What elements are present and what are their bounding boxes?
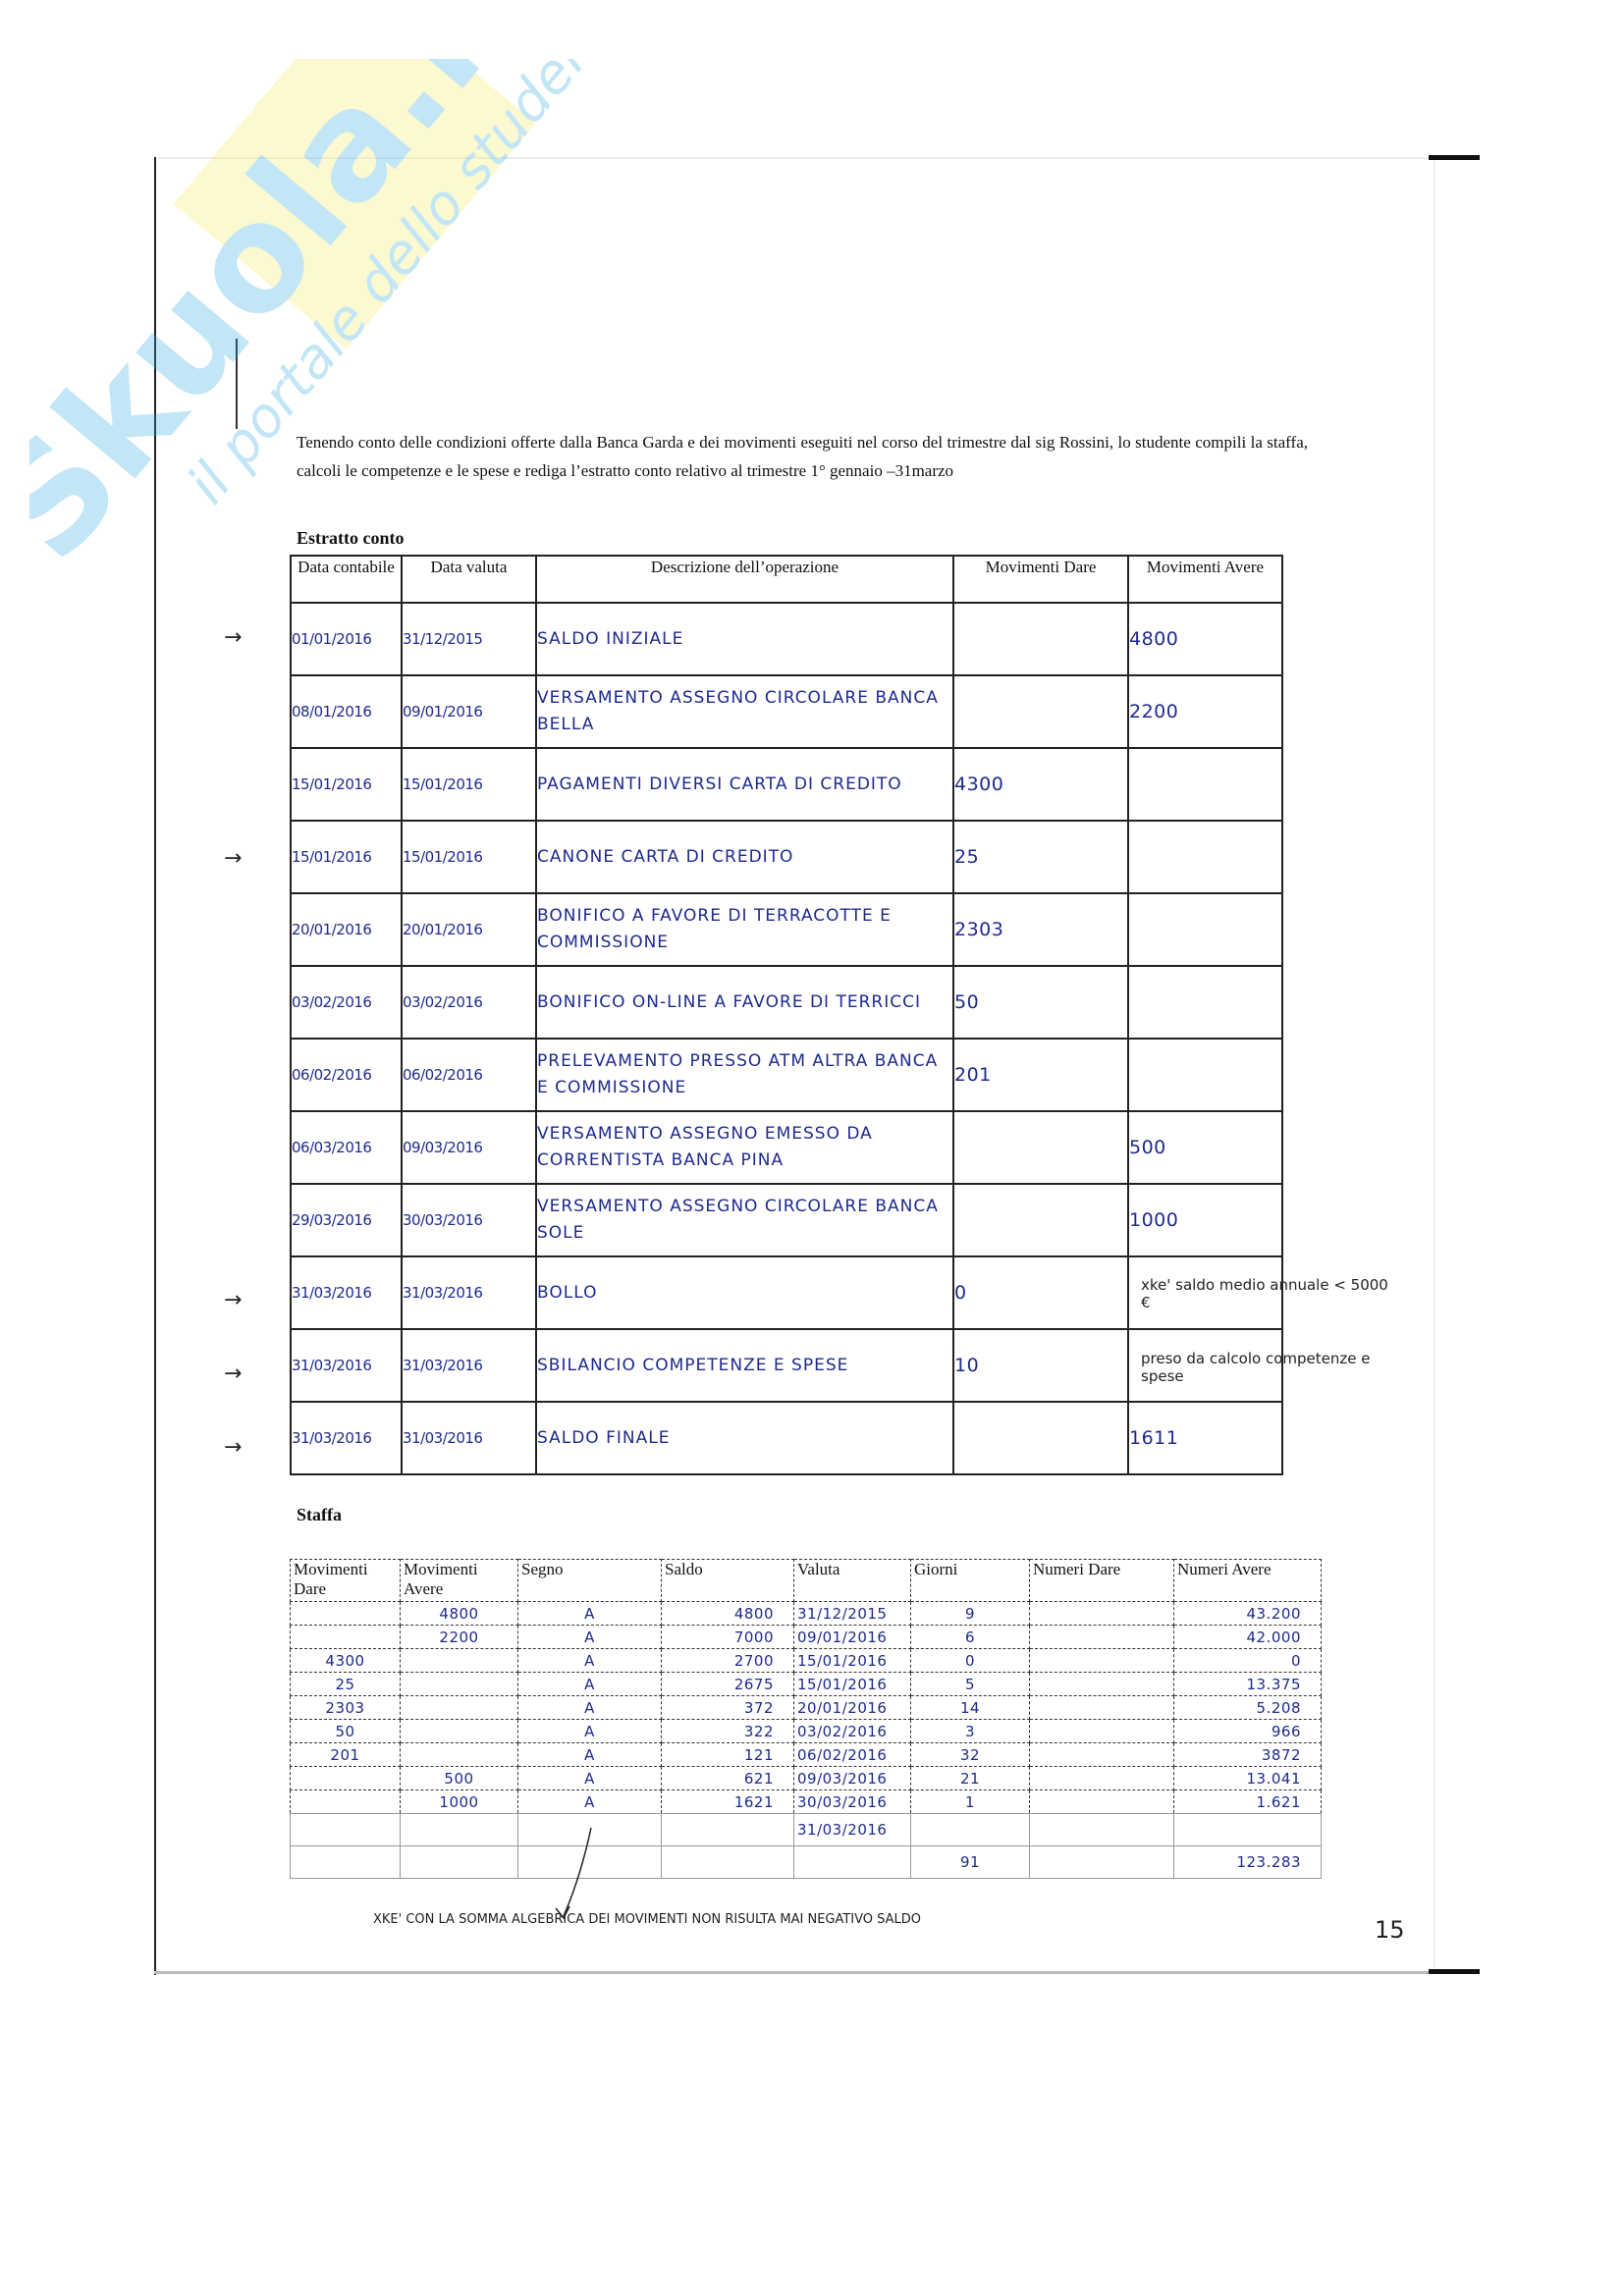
header-movimenti-dare: Movimenti Dare	[953, 556, 1128, 603]
saldo-cell: 2675	[662, 1673, 794, 1696]
header-numeri-avere: Numeri Avere	[1174, 1560, 1322, 1602]
numeri-avere-cell: 123.283	[1174, 1846, 1322, 1879]
table-row: 50A32203/02/20163966	[291, 1720, 1322, 1743]
avere-cell: 2200	[1128, 675, 1282, 748]
movimenti-avere-cell	[401, 1720, 518, 1743]
data-contabile-cell: 03/02/2016	[291, 966, 402, 1039]
saldo-cell: 621	[662, 1767, 794, 1790]
numeri-dare-cell	[1030, 1767, 1174, 1790]
data-contabile-cell: 31/03/2016	[291, 1256, 402, 1329]
segno-cell: A	[518, 1673, 662, 1696]
arrow-right-icon: →	[224, 846, 242, 871]
numeri-avere-cell: 3872	[1174, 1743, 1322, 1767]
estratto-conto-title: Estratto conto	[297, 528, 404, 549]
giorni-cell: 5	[911, 1673, 1030, 1696]
numeri-dare-cell	[1030, 1720, 1174, 1743]
numeri-dare-cell	[1030, 1743, 1174, 1767]
valuta-cell: 31/12/2015	[794, 1602, 911, 1626]
segno-cell: A	[518, 1626, 662, 1649]
data-valuta-cell: 15/01/2016	[402, 748, 536, 821]
numeri-avere-cell: 43.200	[1174, 1602, 1322, 1626]
saldo-cell: 7000	[662, 1626, 794, 1649]
segno-cell: A	[518, 1743, 662, 1767]
descrizione-cell: versamento assegno circolare Banca Sole	[536, 1184, 953, 1256]
dare-cell: 4300	[953, 748, 1128, 821]
table-row: 201A12106/02/2016323872	[291, 1743, 1322, 1767]
giorni-cell: 32	[911, 1743, 1030, 1767]
header-movimenti-dare: Movimenti Dare	[291, 1560, 401, 1602]
movimenti-avere-cell	[401, 1743, 518, 1767]
data-contabile-cell: 15/01/2016	[291, 821, 402, 893]
giorni-cell: 6	[911, 1626, 1030, 1649]
numeri-avere-cell: 5.208	[1174, 1696, 1322, 1720]
page-corner-mark	[1429, 155, 1480, 160]
table-header-row: Data contabile Data valuta Descrizione d…	[291, 556, 1282, 603]
header-movimenti-avere: Movimenti Avere	[1128, 556, 1282, 603]
movimenti-avere-cell	[401, 1814, 518, 1846]
numeri-dare-cell	[1030, 1790, 1174, 1814]
descrizione-cell: versamento assegno circolare Banca Bella	[536, 675, 953, 748]
header-valuta: Valuta	[794, 1560, 911, 1602]
movimenti-dare-cell	[291, 1790, 401, 1814]
data-valuta-cell: 09/01/2016	[402, 675, 536, 748]
table-row: 29/03/201630/03/2016versamento assegno c…	[291, 1184, 1282, 1256]
movimenti-dare-cell	[291, 1814, 401, 1846]
giorni-cell: 0	[911, 1649, 1030, 1673]
giorni-cell: 91	[911, 1846, 1030, 1879]
header-saldo: Saldo	[662, 1560, 794, 1602]
descrizione-cell: bonifico on-line a favore di Terricci	[536, 966, 953, 1039]
side-note: preso da calcolo competenze e spese	[1141, 1350, 1396, 1385]
table-row: 01/01/201631/12/2015saldo iniziale4800	[291, 603, 1282, 675]
numeri-avere-cell: 0	[1174, 1649, 1322, 1673]
data-valuta-cell: 31/03/2016	[402, 1329, 536, 1402]
movimenti-dare-cell	[291, 1602, 401, 1626]
movimenti-avere-cell: 4800	[401, 1602, 518, 1626]
header-movimenti-avere: Movimenti Avere	[401, 1560, 518, 1602]
table-row: 06/02/201606/02/2016prelevamento presso …	[291, 1039, 1282, 1111]
page-right-edge	[1434, 160, 1435, 1971]
table-row: 500A62109/03/20162113.041	[291, 1767, 1322, 1790]
table-row: 31/03/201631/03/2016saldo finale1611	[291, 1402, 1282, 1474]
data-contabile-cell: 20/01/2016	[291, 893, 402, 966]
table-row: 20/01/201620/01/2016bonifico a favore di…	[291, 893, 1282, 966]
valuta-cell: 31/03/2016	[794, 1814, 911, 1846]
margin-bar	[236, 339, 238, 429]
table-row: 31/03/201631/03/2016Bollo0	[291, 1256, 1282, 1329]
movimenti-avere-cell: 2200	[401, 1626, 518, 1649]
arrow-right-icon: →	[224, 625, 242, 650]
header-numeri-dare: Numeri Dare	[1030, 1560, 1174, 1602]
dare-cell: 2303	[953, 893, 1128, 966]
giorni-cell: 3	[911, 1720, 1030, 1743]
dare-cell	[953, 1402, 1128, 1474]
segno-cell: A	[518, 1649, 662, 1673]
descrizione-cell: prelevamento presso ATM altra banca e co…	[536, 1039, 953, 1111]
dare-cell: 10	[953, 1329, 1128, 1402]
data-contabile-cell: 08/01/2016	[291, 675, 402, 748]
table-row: 03/02/201603/02/2016bonifico on-line a f…	[291, 966, 1282, 1039]
data-valuta-cell: 31/03/2016	[402, 1256, 536, 1329]
movimenti-dare-cell: 25	[291, 1673, 401, 1696]
watermark-brand: Skuola.net	[29, 59, 659, 592]
side-note: xke' saldo medio annuale < 5000 €	[1141, 1276, 1396, 1311]
valuta-cell: 06/02/2016	[794, 1743, 911, 1767]
segno-cell: A	[518, 1602, 662, 1626]
arrow-right-icon: →	[224, 1362, 242, 1386]
giorni-cell: 1	[911, 1790, 1030, 1814]
valuta-cell: 30/03/2016	[794, 1790, 911, 1814]
numeri-avere-cell	[1174, 1814, 1322, 1846]
numeri-dare-cell	[1030, 1649, 1174, 1673]
header-descrizione: Descrizione dell’operazione	[536, 556, 953, 603]
data-contabile-cell: 31/03/2016	[291, 1402, 402, 1474]
header-giorni: Giorni	[911, 1560, 1030, 1602]
saldo-cell	[662, 1846, 794, 1879]
page-corner-mark	[1429, 1969, 1480, 1974]
dare-cell: 201	[953, 1039, 1128, 1111]
movimenti-avere-cell	[401, 1696, 518, 1720]
table-row: 25A267515/01/2016513.375	[291, 1673, 1322, 1696]
table-row: 2200A700009/01/2016642.000	[291, 1626, 1322, 1649]
table-row: 4300A270015/01/201600	[291, 1649, 1322, 1673]
descrizione-cell: saldo iniziale	[536, 603, 953, 675]
data-valuta-cell: 31/12/2015	[402, 603, 536, 675]
avere-cell	[1128, 821, 1282, 893]
avere-cell	[1128, 893, 1282, 966]
movimenti-dare-cell: 2303	[291, 1696, 401, 1720]
numeri-dare-cell	[1030, 1626, 1174, 1649]
header-data-contabile: Data contabile	[291, 556, 402, 603]
instructions-paragraph: Tenendo conto delle condizioni offerte d…	[297, 428, 1308, 485]
data-valuta-cell: 30/03/2016	[402, 1184, 536, 1256]
giorni-cell: 9	[911, 1602, 1030, 1626]
avere-cell	[1128, 966, 1282, 1039]
page-left-border	[154, 157, 156, 1975]
table-header-row: Movimenti Dare Movimenti Avere Segno Sal…	[291, 1560, 1322, 1602]
numeri-avere-cell: 42.000	[1174, 1626, 1322, 1649]
numeri-avere-cell: 13.041	[1174, 1767, 1322, 1790]
avere-cell: 1000	[1128, 1184, 1282, 1256]
data-valuta-cell: 15/01/2016	[402, 821, 536, 893]
descrizione-cell: pagamenti diversi carta di credito	[536, 748, 953, 821]
valuta-cell: 09/03/2016	[794, 1767, 911, 1790]
dare-cell: 50	[953, 966, 1128, 1039]
movimenti-avere-cell	[401, 1673, 518, 1696]
table-row: 15/01/201615/01/2016canone carta di cred…	[291, 821, 1282, 893]
saldo-cell: 1621	[662, 1790, 794, 1814]
skuola-watermark: Skuola.net il portale dello studente	[29, 59, 776, 609]
descrizione-cell: sbilancio competenze e spese	[536, 1329, 953, 1402]
descrizione-cell: bonifico a favore di Terracotte e commis…	[536, 893, 953, 966]
valuta-cell: 09/01/2016	[794, 1626, 911, 1649]
numeri-dare-cell	[1030, 1846, 1174, 1879]
movimenti-dare-cell: 50	[291, 1720, 401, 1743]
movimenti-avere-cell	[401, 1846, 518, 1879]
table-row: 2303A37220/01/2016145.208	[291, 1696, 1322, 1720]
header-segno: Segno	[518, 1560, 662, 1602]
data-contabile-cell: 31/03/2016	[291, 1329, 402, 1402]
valuta-cell	[794, 1846, 911, 1879]
table-row: 91123.283	[291, 1846, 1322, 1879]
valuta-cell: 20/01/2016	[794, 1696, 911, 1720]
page-bottom-edge	[154, 1971, 1431, 1974]
numeri-avere-cell: 966	[1174, 1720, 1322, 1743]
segno-cell: A	[518, 1696, 662, 1720]
saldo-cell: 4800	[662, 1602, 794, 1626]
data-valuta-cell: 06/02/2016	[402, 1039, 536, 1111]
descrizione-cell: Bollo	[536, 1256, 953, 1329]
dare-cell	[953, 1184, 1128, 1256]
table-row: 15/01/201615/01/2016pagamenti diversi ca…	[291, 748, 1282, 821]
table-row: 31/03/201631/03/2016sbilancio competenze…	[291, 1329, 1282, 1402]
saldo-cell	[662, 1814, 794, 1846]
header-data-valuta: Data valuta	[402, 556, 536, 603]
movimenti-dare-cell: 4300	[291, 1649, 401, 1673]
data-contabile-cell: 15/01/2016	[291, 748, 402, 821]
table-row: 4800A480031/12/2015943.200	[291, 1602, 1322, 1626]
staffa-title: Staffa	[297, 1505, 342, 1525]
staffa-annotation: xke' con la somma algebrica dei moviment…	[373, 1912, 921, 1928]
valuta-cell: 15/01/2016	[794, 1673, 911, 1696]
movimenti-avere-cell	[401, 1649, 518, 1673]
dare-cell: 25	[953, 821, 1128, 893]
table-row: 1000A162130/03/201611.621	[291, 1790, 1322, 1814]
numeri-dare-cell	[1030, 1696, 1174, 1720]
dare-cell	[953, 675, 1128, 748]
dare-cell: 0	[953, 1256, 1128, 1329]
movimenti-dare-cell	[291, 1626, 401, 1649]
dare-cell	[953, 603, 1128, 675]
estratto-conto-table: Data contabile Data valuta Descrizione d…	[290, 555, 1283, 1475]
segno-cell: A	[518, 1767, 662, 1790]
movimenti-avere-cell: 500	[401, 1767, 518, 1790]
movimenti-dare-cell	[291, 1846, 401, 1879]
table-row: 06/03/201609/03/2016versamento assegno e…	[291, 1111, 1282, 1184]
valuta-cell: 03/02/2016	[794, 1720, 911, 1743]
data-valuta-cell: 20/01/2016	[402, 893, 536, 966]
descrizione-cell: canone carta di credito	[536, 821, 953, 893]
page-number: 15	[1375, 1916, 1405, 1944]
data-contabile-cell: 06/03/2016	[291, 1111, 402, 1184]
data-contabile-cell: 29/03/2016	[291, 1184, 402, 1256]
avere-cell	[1128, 1039, 1282, 1111]
descrizione-cell: versamento assegno emesso da correntista…	[536, 1111, 953, 1184]
avere-cell: 4800	[1128, 603, 1282, 675]
avere-cell	[1128, 748, 1282, 821]
numeri-dare-cell	[1030, 1814, 1174, 1846]
numeri-dare-cell	[1030, 1602, 1174, 1626]
movimenti-avere-cell: 1000	[401, 1790, 518, 1814]
saldo-cell: 322	[662, 1720, 794, 1743]
staffa-table: Movimenti Dare Movimenti Avere Segno Sal…	[290, 1559, 1322, 1879]
data-contabile-cell: 01/01/2016	[291, 603, 402, 675]
numeri-avere-cell: 13.375	[1174, 1673, 1322, 1696]
segno-cell: A	[518, 1720, 662, 1743]
arrow-right-icon: →	[224, 1435, 242, 1460]
descrizione-cell: saldo finale	[536, 1402, 953, 1474]
giorni-cell: 14	[911, 1696, 1030, 1720]
data-valuta-cell: 31/03/2016	[402, 1402, 536, 1474]
table-row: 31/03/2016	[291, 1814, 1322, 1846]
dare-cell	[953, 1111, 1128, 1184]
giorni-cell: 21	[911, 1767, 1030, 1790]
data-valuta-cell: 03/02/2016	[402, 966, 536, 1039]
data-contabile-cell: 06/02/2016	[291, 1039, 402, 1111]
numeri-avere-cell: 1.621	[1174, 1790, 1322, 1814]
numeri-dare-cell	[1030, 1673, 1174, 1696]
valuta-cell: 15/01/2016	[794, 1649, 911, 1673]
saldo-cell: 2700	[662, 1649, 794, 1673]
avere-cell: 500	[1128, 1111, 1282, 1184]
movimenti-dare-cell: 201	[291, 1743, 401, 1767]
movimenti-dare-cell	[291, 1767, 401, 1790]
segno-cell: A	[518, 1790, 662, 1814]
arrow-right-icon: →	[224, 1288, 242, 1312]
saldo-cell: 121	[662, 1743, 794, 1767]
giorni-cell	[911, 1814, 1030, 1846]
annotation-pointer-arrow	[550, 1826, 609, 1924]
page-top-edge	[157, 157, 1429, 159]
table-row: 08/01/201609/01/2016versamento assegno c…	[291, 675, 1282, 748]
avere-cell: 1611	[1128, 1402, 1282, 1474]
data-valuta-cell: 09/03/2016	[402, 1111, 536, 1184]
saldo-cell: 372	[662, 1696, 794, 1720]
